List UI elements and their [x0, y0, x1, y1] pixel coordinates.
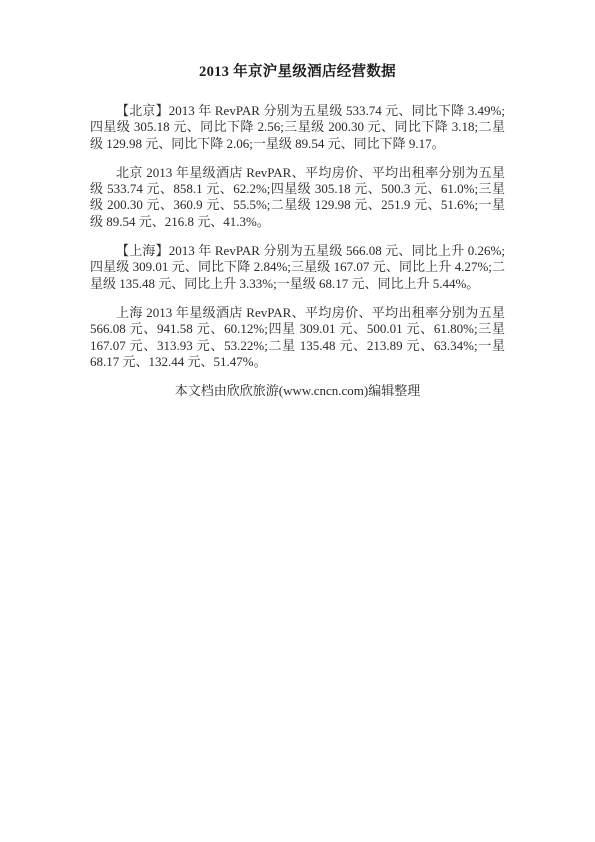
page-title: 2013 年京沪星级酒店经营数据: [90, 62, 505, 82]
footer-credit: 本文档由欣欣旅游(www.cncn.com)编辑整理: [90, 383, 505, 399]
document-page: 2013 年京沪星级酒店经营数据 【北京】2013 年 RevPAR 分别为五星…: [0, 0, 595, 842]
document-content: 2013 年京沪星级酒店经营数据 【北京】2013 年 RevPAR 分别为五星…: [0, 0, 595, 399]
paragraph-beijing-revpar-yoy: 【北京】2013 年 RevPAR 分别为五星级 533.74 元、同比下降 3…: [90, 103, 505, 152]
paragraph-shanghai-revpar-adr-occupancy: 上海 2013 年星级酒店 RevPAR、平均房价、平均出租率分别为五星 566…: [90, 305, 505, 370]
paragraph-beijing-revpar-adr-occupancy: 北京 2013 年星级酒店 RevPAR、平均房价、平均出租率分别为五星级 53…: [90, 165, 505, 230]
paragraph-shanghai-revpar-yoy: 【上海】2013 年 RevPAR 分别为五星级 566.08 元、同比上升 0…: [90, 243, 505, 292]
